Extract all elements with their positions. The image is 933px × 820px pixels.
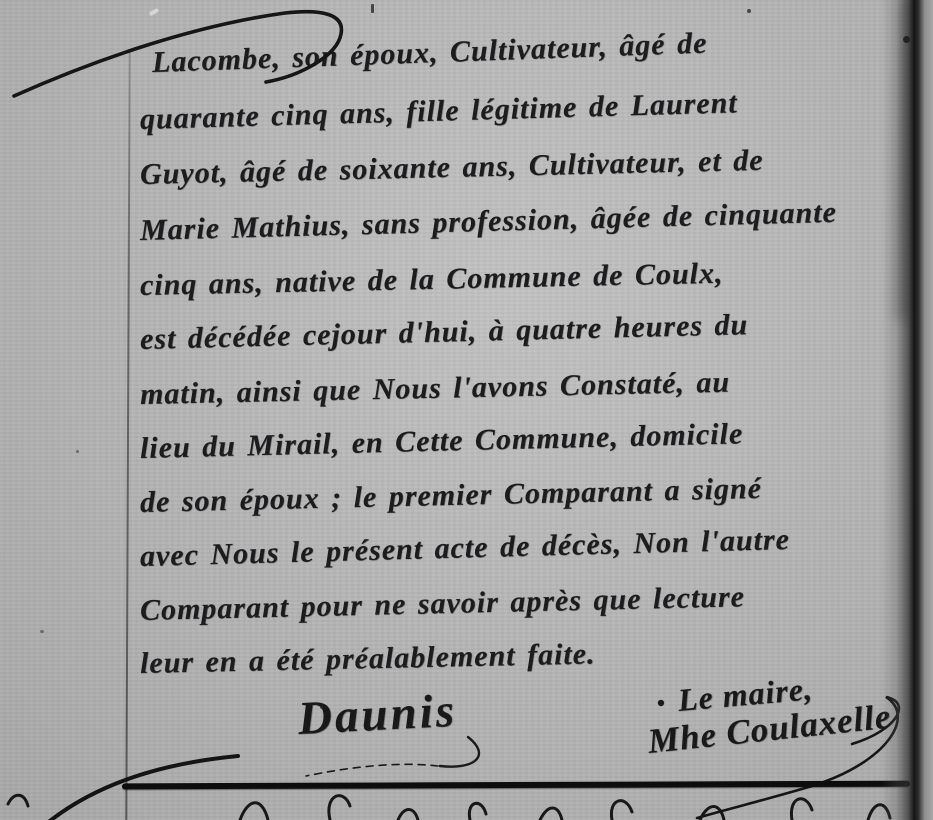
- handwritten-line-9: de son époux ; le premier Comparant a si…: [140, 472, 763, 520]
- ink-dot-before-title: [658, 700, 664, 706]
- handwritten-line-2: quarante cinq ans, fille légitime de Lau…: [140, 86, 739, 137]
- next-entry-cutoff-strokes: [8, 795, 890, 820]
- ink-speck: [76, 450, 79, 453]
- ink-speck: [320, 706, 323, 709]
- handwritten-line-5: cinq ans, native de la Commune de Coulx,: [140, 257, 724, 303]
- death-record-scan: Lacombe, son époux, Cultivateur, âgé de …: [0, 0, 933, 820]
- binding-shadow-smudge: [895, 0, 923, 320]
- handwritten-line-8: lieu du Mirail, en Cette Commune, domici…: [140, 417, 744, 466]
- handwritten-line-10: avec Nous le présent acte de décès, Non …: [140, 523, 791, 574]
- ink-speck: [747, 9, 751, 13]
- ink-speck: [371, 4, 374, 13]
- handwritten-line-12: leur en a été préalablement faite.: [140, 637, 596, 681]
- handwritten-line-1: Lacombe, son époux, Cultivateur, âgé de: [151, 27, 708, 80]
- handwritten-line-11: Comparant pour ne savoir après que lectu…: [140, 580, 746, 628]
- daunis-tail-dashes: [306, 764, 438, 776]
- signature-declarant: Daunis: [297, 684, 459, 746]
- ink-speck: [40, 630, 44, 633]
- handwritten-line-3: Guyot, âgé de soixante ans, Cultivateur,…: [140, 144, 764, 192]
- entry-divider-rule: [122, 781, 910, 790]
- margin-rule-line: [125, 52, 130, 820]
- daunis-tail-stroke: [440, 737, 479, 767]
- ink-speck: [903, 36, 910, 43]
- handwritten-line-4: Marie Mathius, sans profession, âgée de …: [140, 196, 838, 248]
- handwritten-line-7: matin, ainsi que Nous l'avons Constaté, …: [140, 366, 731, 412]
- handwritten-line-6: est décédée cejour d'hui, à quatre heure…: [140, 308, 749, 357]
- paper-scratch: [149, 8, 160, 16]
